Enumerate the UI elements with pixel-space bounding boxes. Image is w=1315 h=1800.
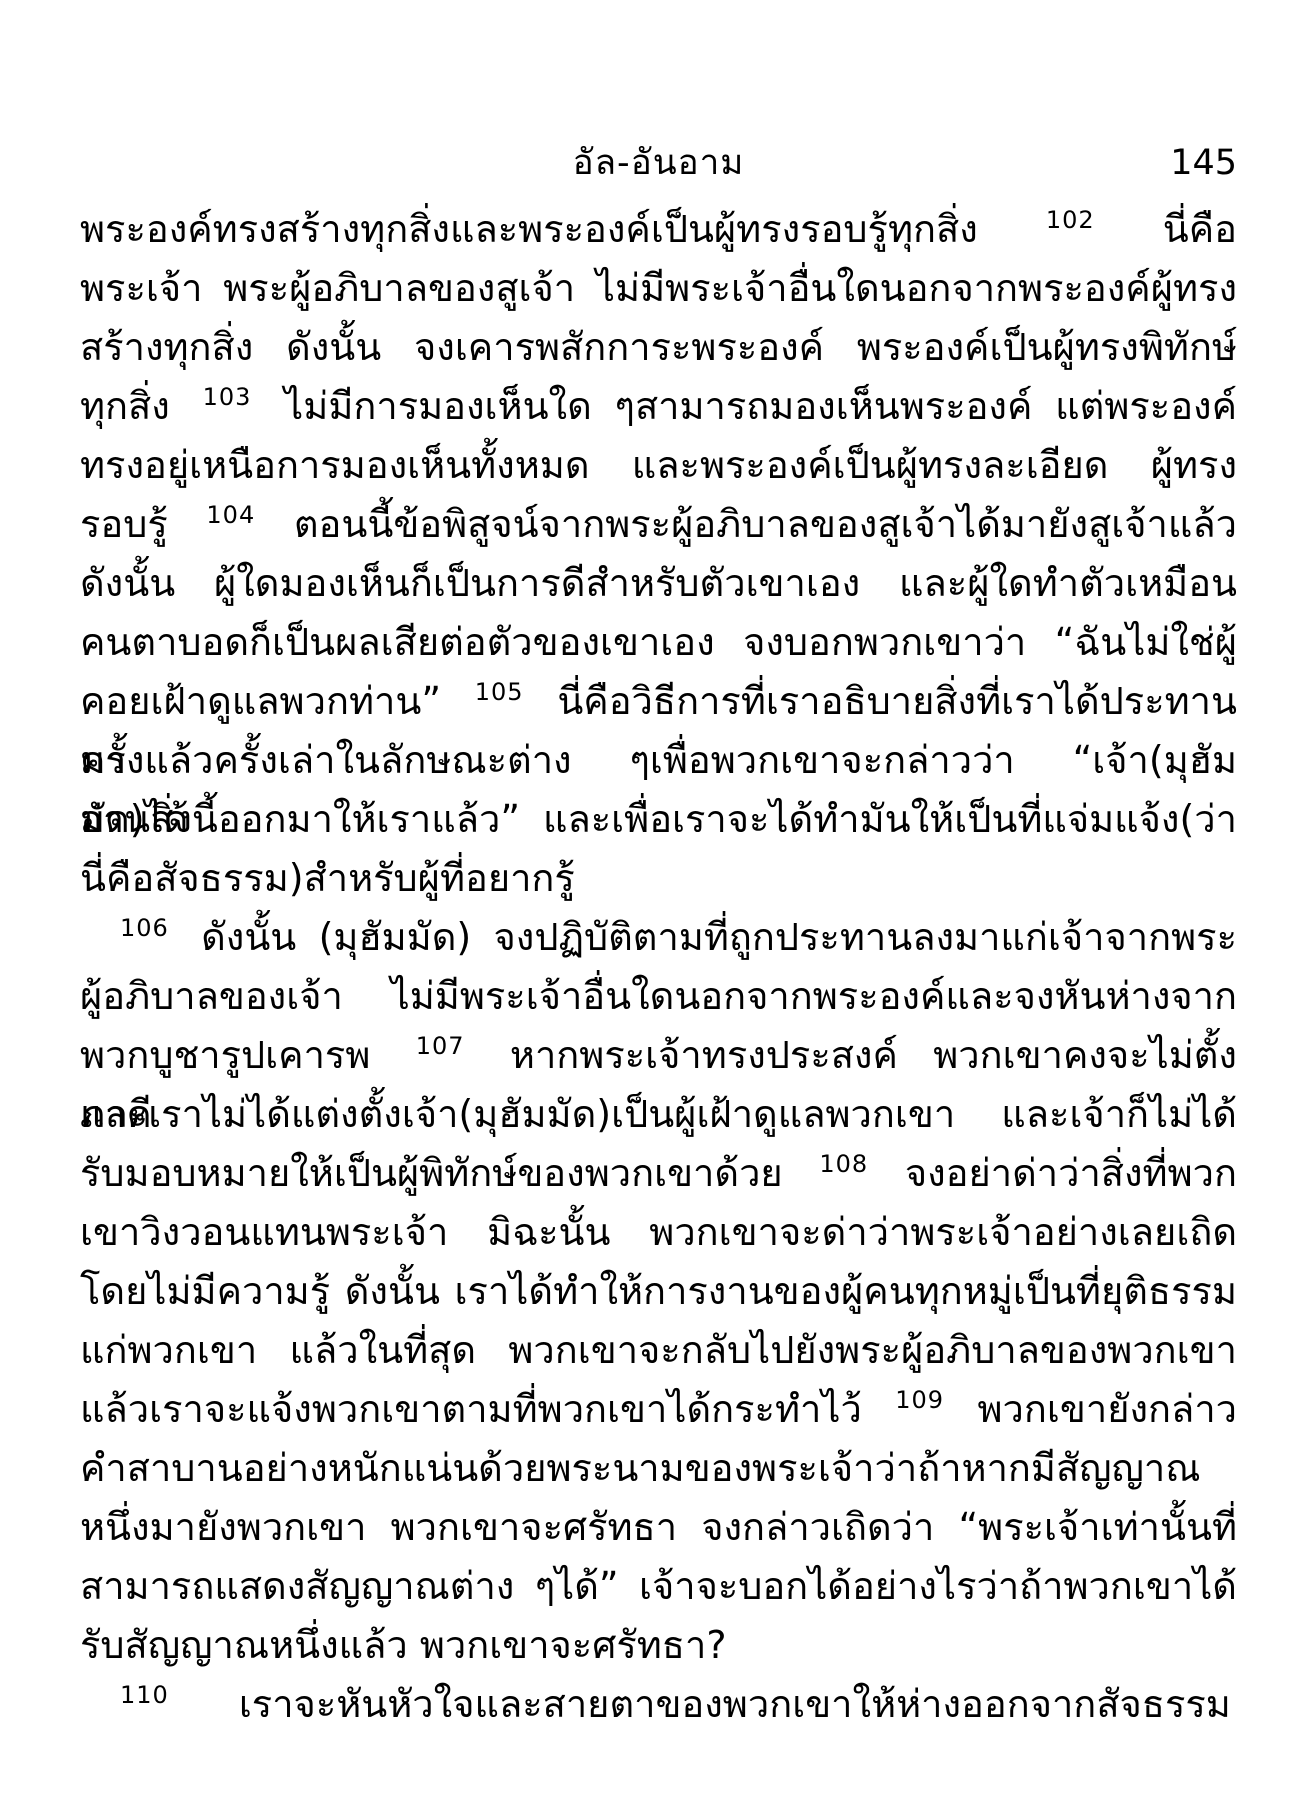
page-body: พระองค์ทรงสร้างทุกสิ่งและพระองค์เป็นผู้ท… xyxy=(80,200,1237,1734)
text-line: ครั้งแล้วครั้งเล่าในลักษณะต่าง ๆเพื่อพวก… xyxy=(80,731,1237,790)
text-line: คอยเฝ้าดูแลพวกท่าน” 105 นี่คือวิธีการที่… xyxy=(80,672,1237,731)
page-content: อัล-อันอาม 145 พระองค์ทรงสร้างทุกสิ่งและ… xyxy=(80,140,1237,1734)
text-line: รับสัญญาณหนึ่งแล้ว พวกเขาจะศรัทธา? xyxy=(80,1616,1237,1675)
verse-number: 105 xyxy=(475,678,524,706)
paragraph: 110เราจะหันหัวใจและสายตาของพวกเขาให้ห่าง… xyxy=(80,1675,1237,1734)
verse-number: 106 xyxy=(120,914,169,942)
paragraph: พระองค์ทรงสร้างทุกสิ่งและพระองค์เป็นผู้ท… xyxy=(80,200,1237,908)
text-line: คำสาบานอย่างหนักแน่นด้วยพระนามของพระเจ้า… xyxy=(80,1439,1237,1498)
paragraph: 106 ดังนั้น (มุฮัมมัด) จงปฏิบัติตามที่ถู… xyxy=(80,908,1237,1675)
spacer xyxy=(179,1716,239,1717)
text-line: อ่านสิ่งนี้ออกมาให้เราแล้ว” และเพื่อเราจ… xyxy=(80,790,1237,849)
text-line: และเราไม่ได้แต่งตั้งเจ้า(มุฮัมมัด)เป็นผู… xyxy=(80,1085,1237,1144)
text-line: เขาวิงวอนแทนพระเจ้า มิฉะนั้น พวกเขาจะด่า… xyxy=(80,1203,1237,1262)
book-page: อัล-อันอาม 145 พระองค์ทรงสร้างทุกสิ่งและ… xyxy=(0,0,1315,1800)
text-line: หนึ่งมายังพวกเขา พวกเขาจะศรัทธา จงกล่าวเ… xyxy=(80,1498,1237,1557)
text-line: พวกบูชารูปเคารพ 107 หากพระเจ้าทรงประสงค์… xyxy=(80,1026,1237,1085)
text-line: โดยไม่มีความรู้ ดังนั้น เราได้ทำให้การงา… xyxy=(80,1262,1237,1321)
text-line: คนตาบอดก็เป็นผลเสียต่อตัวของเขาเอง จงบอก… xyxy=(80,613,1237,672)
text-line: สร้างทุกสิ่ง ดังนั้น จงเคารพสักการะพระอง… xyxy=(80,318,1237,377)
text-line: 110เราจะหันหัวใจและสายตาของพวกเขาให้ห่าง… xyxy=(80,1675,1237,1734)
text-line: 106 ดังนั้น (มุฮัมมัด) จงปฏิบัติตามที่ถู… xyxy=(80,908,1237,967)
verse-number: 103 xyxy=(203,383,252,411)
text-line: แก่พวกเขา แล้วในที่สุด พวกเขาจะกลับไปยัง… xyxy=(80,1321,1237,1380)
text-line: รอบรู้ 104 ตอนนี้ข้อพิสูจน์จากพระผู้อภิบ… xyxy=(80,495,1237,554)
text-line: นี่คือสัจธรรม)สำหรับผู้ที่อยากรู้ xyxy=(80,849,1237,908)
text-line: พระเจ้า พระผู้อภิบาลของสูเจ้า ไม่มีพระเจ… xyxy=(80,259,1237,318)
page-header: อัล-อันอาม 145 xyxy=(80,140,1237,186)
text-line: พระองค์ทรงสร้างทุกสิ่งและพระองค์เป็นผู้ท… xyxy=(80,200,1237,259)
text-line: ผู้อภิบาลของเจ้า ไม่มีพระเจ้าอื่นใดนอกจา… xyxy=(80,967,1237,1026)
verse-number: 102 xyxy=(1046,206,1095,234)
verse-number: 109 xyxy=(895,1386,944,1414)
text-line: รับมอบหมายให้เป็นผู้พิทักษ์ของพวกเขาด้วย… xyxy=(80,1144,1237,1203)
verse-number: 110 xyxy=(120,1681,169,1709)
verse-number: 107 xyxy=(416,1032,465,1060)
text-line: ทุกสิ่ง 103 ไม่มีการมองเห็นใด ๆสามารถมอง… xyxy=(80,377,1237,436)
text-line: แล้วเราจะแจ้งพวกเขาตามที่พวกเขาได้กระทำไ… xyxy=(80,1380,1237,1439)
text-line: ทรงอยู่เหนือการมองเห็นทั้งหมด และพระองค์… xyxy=(80,436,1237,495)
verse-number: 108 xyxy=(819,1150,868,1178)
text-line: ดังนั้น ผู้ใดมองเห็นก็เป็นการดีสำหรับตัว… xyxy=(80,554,1237,613)
text-line: สามารถแสดงสัญญาณต่าง ๆได้” เจ้าจะบอกได้อ… xyxy=(80,1557,1237,1616)
page-number: 145 xyxy=(1170,140,1237,186)
page-title: อัล-อันอาม xyxy=(80,140,1237,186)
verse-number: 104 xyxy=(206,501,255,529)
